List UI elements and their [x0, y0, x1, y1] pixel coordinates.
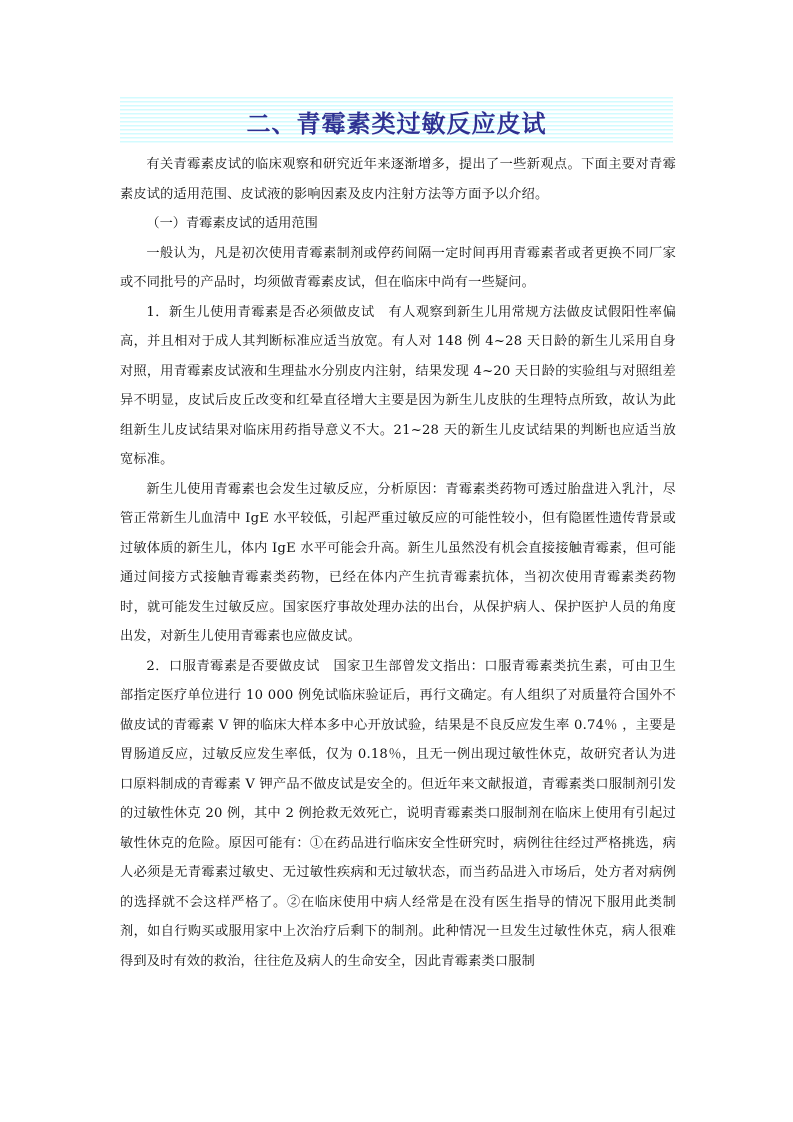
section-title: 二、青霉素类过敏反应皮试	[247, 104, 547, 139]
body-text: 有关青霉素皮试的临床观察和研究近年来逐渐增多，提出了一些新观点。下面主要对青霉素…	[120, 150, 676, 976]
general-view-paragraph: 一般认为，凡是初次使用青霉素制剂或停药间隔一定时间再用青霉素者或者更换不同厂家或…	[120, 239, 676, 298]
document-page: 二、青霉素类过敏反应皮试 有关青霉素皮试的临床观察和研究近年来逐渐增多，提出了一…	[0, 0, 793, 1122]
oral-penicillin-paragraph: 2．口服青霉素是否要做皮试 国家卫生部曾发文指出：口服青霉素类抗生素，可由卫生部…	[120, 652, 676, 977]
intro-paragraph: 有关青霉素皮试的临床观察和研究近年来逐渐增多，提出了一些新观点。下面主要对青霉素…	[120, 150, 676, 209]
newborn-allergy-paragraph: 新生儿使用青霉素也会发生过敏反应，分析原因：青霉素类药物可透过胎盘进入乳汁，尽管…	[120, 475, 676, 652]
subsection-heading: （一）青霉素皮试的适用范围	[120, 209, 676, 239]
newborn-skin-test-paragraph: 1．新生儿使用青霉素是否必须做皮试 有人观察到新生儿用常规方法做皮试假阳性率偏高…	[120, 298, 676, 475]
title-band: 二、青霉素类过敏反应皮试	[120, 97, 673, 145]
